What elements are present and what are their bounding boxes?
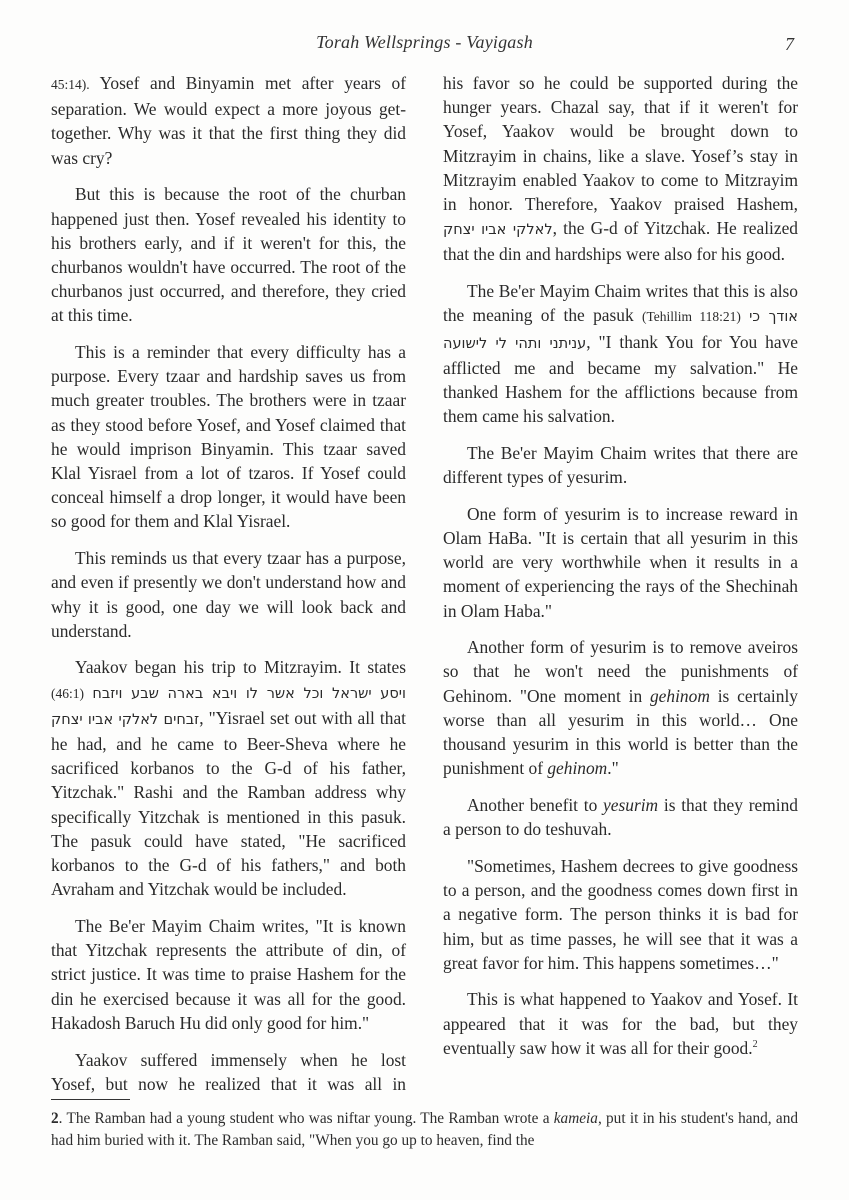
verse-reference: (46:1) bbox=[51, 686, 84, 701]
paragraph: 45:14). Yosef and Binyamin met after yea… bbox=[51, 71, 406, 170]
paragraph: Another benefit to yesurim is that they … bbox=[443, 793, 798, 841]
book-page: Torah Wellsprings - Vayigash 7 45:14). Y… bbox=[0, 0, 849, 1200]
paragraph-text: Another benefit to bbox=[467, 795, 603, 815]
paragraph: "Sometimes, Hashem decrees to give goodn… bbox=[443, 854, 798, 975]
left-column: 45:14). Yosef and Binyamin met after yea… bbox=[51, 71, 406, 1108]
paragraph: This is what happened to Yaakov and Yose… bbox=[443, 987, 798, 1060]
paragraph: The Be'er Mayim Chaim writes that this i… bbox=[443, 279, 798, 428]
paragraph-text: his favor so he could be supported durin… bbox=[443, 73, 798, 214]
paragraph: Another form of yesurim is to remove ave… bbox=[443, 635, 798, 780]
paragraph: his favor so he could be supported durin… bbox=[443, 71, 798, 267]
paragraph: Yaakov began his trip to Mitzrayim. It s… bbox=[51, 655, 406, 901]
paragraph: The Be'er Mayim Chaim writes, "It is kno… bbox=[51, 914, 406, 1035]
italic-term: kameia bbox=[554, 1110, 598, 1127]
italic-term: gehinom bbox=[547, 758, 607, 778]
paragraph-text: , "Yisrael set out with all that he had,… bbox=[51, 708, 406, 899]
paragraph: This is a reminder that every difficulty… bbox=[51, 340, 406, 534]
running-header: Torah Wellsprings - Vayigash 7 bbox=[0, 30, 849, 58]
paragraph: One form of yesurim is to increase rewar… bbox=[443, 502, 798, 623]
footnote-divider bbox=[51, 1099, 130, 1100]
verse-reference: 45:14). bbox=[51, 77, 90, 92]
paragraph-text: The Be'er Mayim Chaim writes that this i… bbox=[443, 281, 798, 325]
paragraph: The Be'er Mayim Chaim writes that there … bbox=[443, 441, 798, 489]
paragraph-text: Yaakov began his trip to Mitzrayim. It s… bbox=[75, 657, 406, 677]
right-column: his favor so he could be supported durin… bbox=[443, 71, 798, 1073]
paragraph: This reminds us that every tzaar has a p… bbox=[51, 546, 406, 643]
italic-term: gehinom bbox=[650, 686, 710, 706]
running-title: Torah Wellsprings - Vayigash bbox=[0, 32, 849, 53]
paragraph-text: ." bbox=[607, 758, 618, 778]
footnote-text: . The Ramban had a young student who was… bbox=[59, 1110, 554, 1127]
verse-reference: (Tehillim 118:21) bbox=[642, 309, 741, 324]
paragraph-text: Yosef and Binyamin met after years of se… bbox=[51, 73, 406, 168]
paragraph: Yaakov suffered immensely when he lost Y… bbox=[51, 1048, 406, 1096]
footnote: 2. The Ramban had a young student who wa… bbox=[51, 1108, 798, 1152]
footnote-number: 2 bbox=[51, 1110, 59, 1127]
hebrew-phrase: לאלקי אביו יצחק bbox=[443, 222, 553, 238]
paragraph: But this is because the root of the chur… bbox=[51, 182, 406, 327]
footnote-reference[interactable]: 2 bbox=[753, 1039, 758, 1050]
paragraph-text: This is what happened to Yaakov and Yose… bbox=[443, 989, 798, 1057]
page-number: 7 bbox=[785, 34, 794, 55]
italic-term: yesurim bbox=[603, 795, 658, 815]
